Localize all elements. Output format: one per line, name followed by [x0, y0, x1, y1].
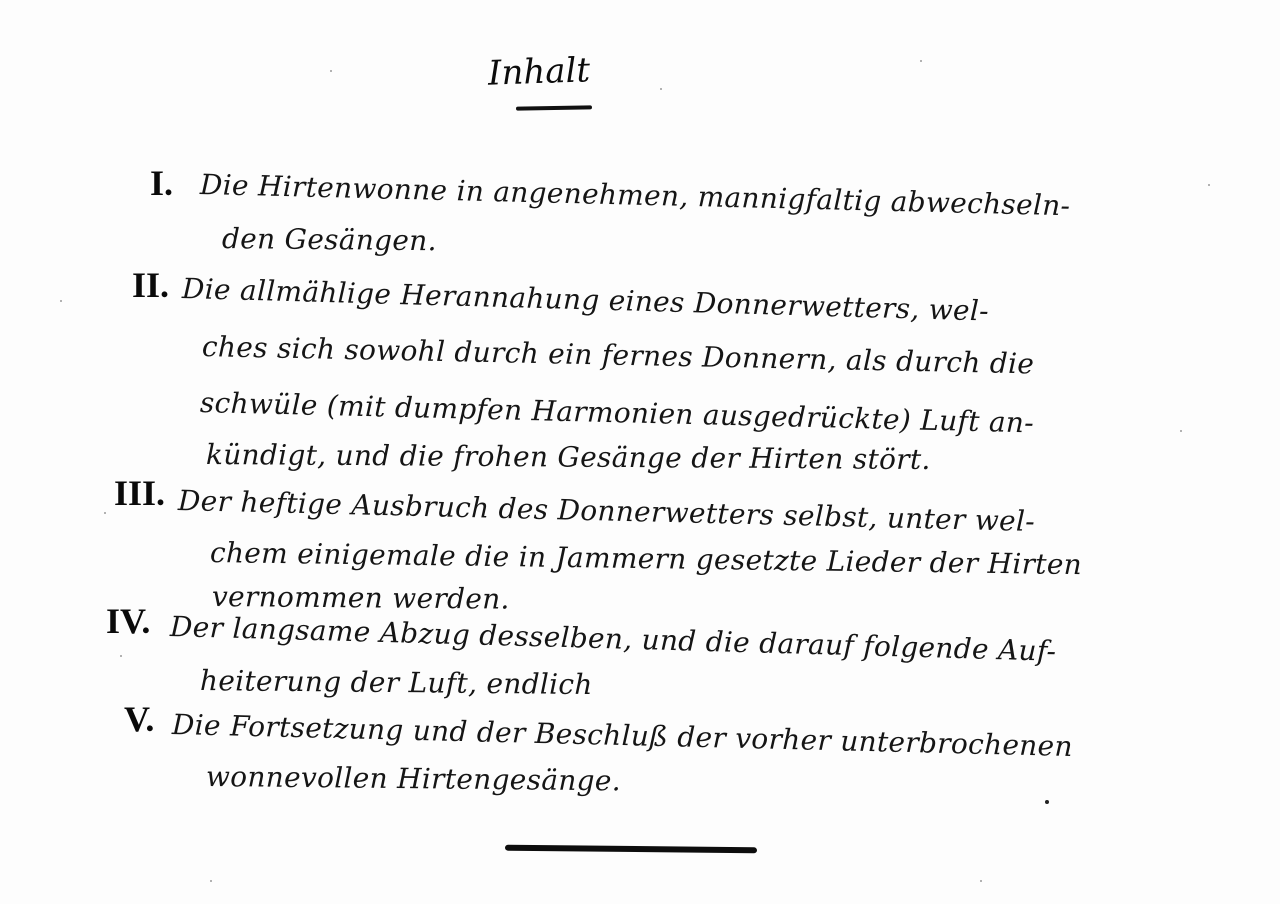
- entry-line: schwüle (mit dumpfen Harmonien ausgedrüc…: [200, 386, 1035, 439]
- paper-speck: [60, 300, 62, 302]
- page-title: Inhalt: [487, 50, 590, 94]
- paper-speck: [980, 880, 982, 882]
- entry-line: Der heftige Ausbruch des Donnerwetters s…: [178, 484, 1036, 538]
- entry-numeral: I.: [150, 162, 173, 204]
- entry-numeral: III.: [114, 472, 165, 514]
- paper-speck: [920, 60, 922, 62]
- entry-line: ches sich sowohl durch ein fernes Donner…: [202, 330, 1035, 380]
- closing-rule: [505, 845, 757, 854]
- entry-line: Der langsame Abzug desselben, und die da…: [170, 610, 1057, 668]
- paper-speck: [1045, 800, 1049, 804]
- paper-speck: [104, 512, 106, 514]
- entry-line: chem einigemale die in Jammern gesetzte …: [210, 536, 1083, 581]
- entry-numeral: II.: [132, 264, 169, 306]
- paper-speck: [1180, 430, 1182, 432]
- title-underline: [516, 105, 592, 110]
- paper-speck: [660, 88, 662, 90]
- paper-speck: [210, 880, 212, 882]
- paper-speck: [120, 655, 122, 657]
- entry-line: wonnevollen Hirtengesänge.: [206, 760, 621, 797]
- entry-line: den Gesängen.: [222, 222, 437, 257]
- paper-speck: [330, 70, 332, 72]
- entry-numeral: V.: [124, 698, 154, 740]
- entry-line: kündigt, und die frohen Gesänge der Hirt…: [206, 438, 931, 476]
- manuscript-page: Inhalt I. Die Hirtenwonne in angenehmen,…: [0, 0, 1280, 904]
- entry-numeral: IV.: [106, 600, 150, 642]
- entry-line: Die Hirtenwonne in angenehmen, mannigfal…: [200, 168, 1071, 222]
- entry-line: vernommen werden.: [212, 580, 510, 616]
- entry-line: heiterung der Luft, endlich: [200, 664, 593, 701]
- paper-speck: [1208, 184, 1210, 186]
- entry-line: Die allmählige Herannahung eines Donnerw…: [182, 272, 990, 328]
- entry-line: Die Fortsetzung und der Beschluß der vor…: [172, 708, 1074, 763]
